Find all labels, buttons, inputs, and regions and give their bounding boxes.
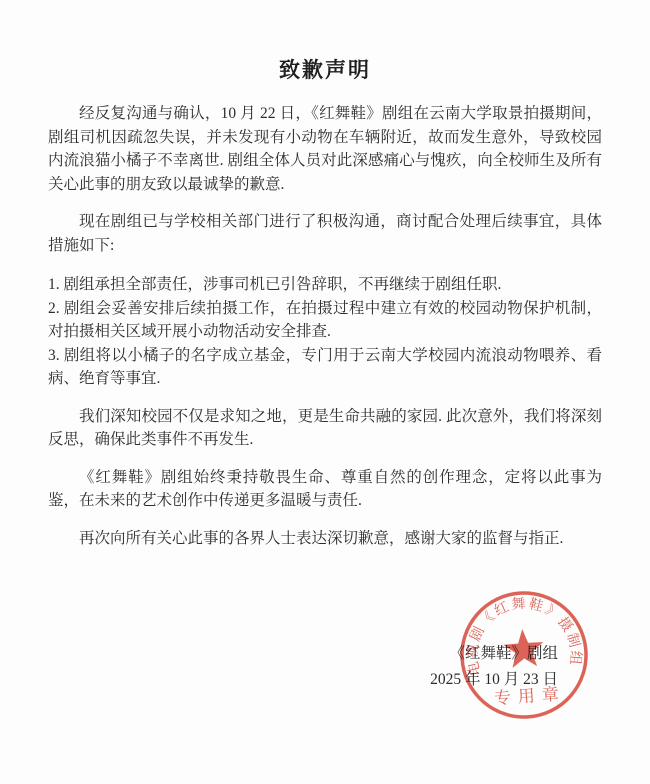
apology-statement-document: 致歉声明 经反复沟通与确认，10 月 22 日，《红舞鞋》剧组在云南大学取景拍摄… <box>0 0 650 784</box>
paragraph-reflection: 我们深知校园不仅是求知之地，更是生命共融的家园. 此次意外，我们将深刻反思，确保… <box>48 405 602 452</box>
measure-item-1: 1. 剧组承担全部责任，涉事司机已引咎辞职，不再继续于剧组任职. <box>48 273 602 297</box>
page-title: 致歉声明 <box>48 54 602 84</box>
measure-item-2: 2. 剧组会妥善安排后续拍摄工作，在拍摄过程中建立有效的校园动物保护机制，对拍摄… <box>48 297 602 344</box>
red-star-icon <box>502 628 545 669</box>
measure-item-3: 3. 剧组将以小橘子的名字成立基金，专门用于云南大学校园内流浪动物喂养、看病、绝… <box>48 344 602 391</box>
seal-graphic: 电视剧《红舞鞋》摄制组 专用章 <box>441 572 608 739</box>
paragraph-measures-lead: 现在剧组已与学校相关部门进行了积极沟通，商讨配合处理后续事宜，具体措施如下: <box>48 210 602 257</box>
paragraph-intro: 经反复沟通与确认，10 月 22 日，《红舞鞋》剧组在云南大学取景拍摄期间，剧组… <box>48 102 602 196</box>
paragraph-philosophy: 《红舞鞋》剧组始终秉持敬畏生命、尊重自然的创作理念，定将以此事为鉴，在未来的艺术… <box>48 466 602 513</box>
official-seal-stamp: 电视剧《红舞鞋》摄制组 专用章 <box>441 572 608 739</box>
paragraph-closing: 再次向所有关心此事的各界人士表达深切歉意，感谢大家的监督与指正. <box>48 527 602 551</box>
seal-bottom-text: 专用章 <box>493 683 566 709</box>
measures-list: 1. 剧组承担全部责任，涉事司机已引咎辞职，不再继续于剧组任职. 2. 剧组会妥… <box>48 273 602 391</box>
